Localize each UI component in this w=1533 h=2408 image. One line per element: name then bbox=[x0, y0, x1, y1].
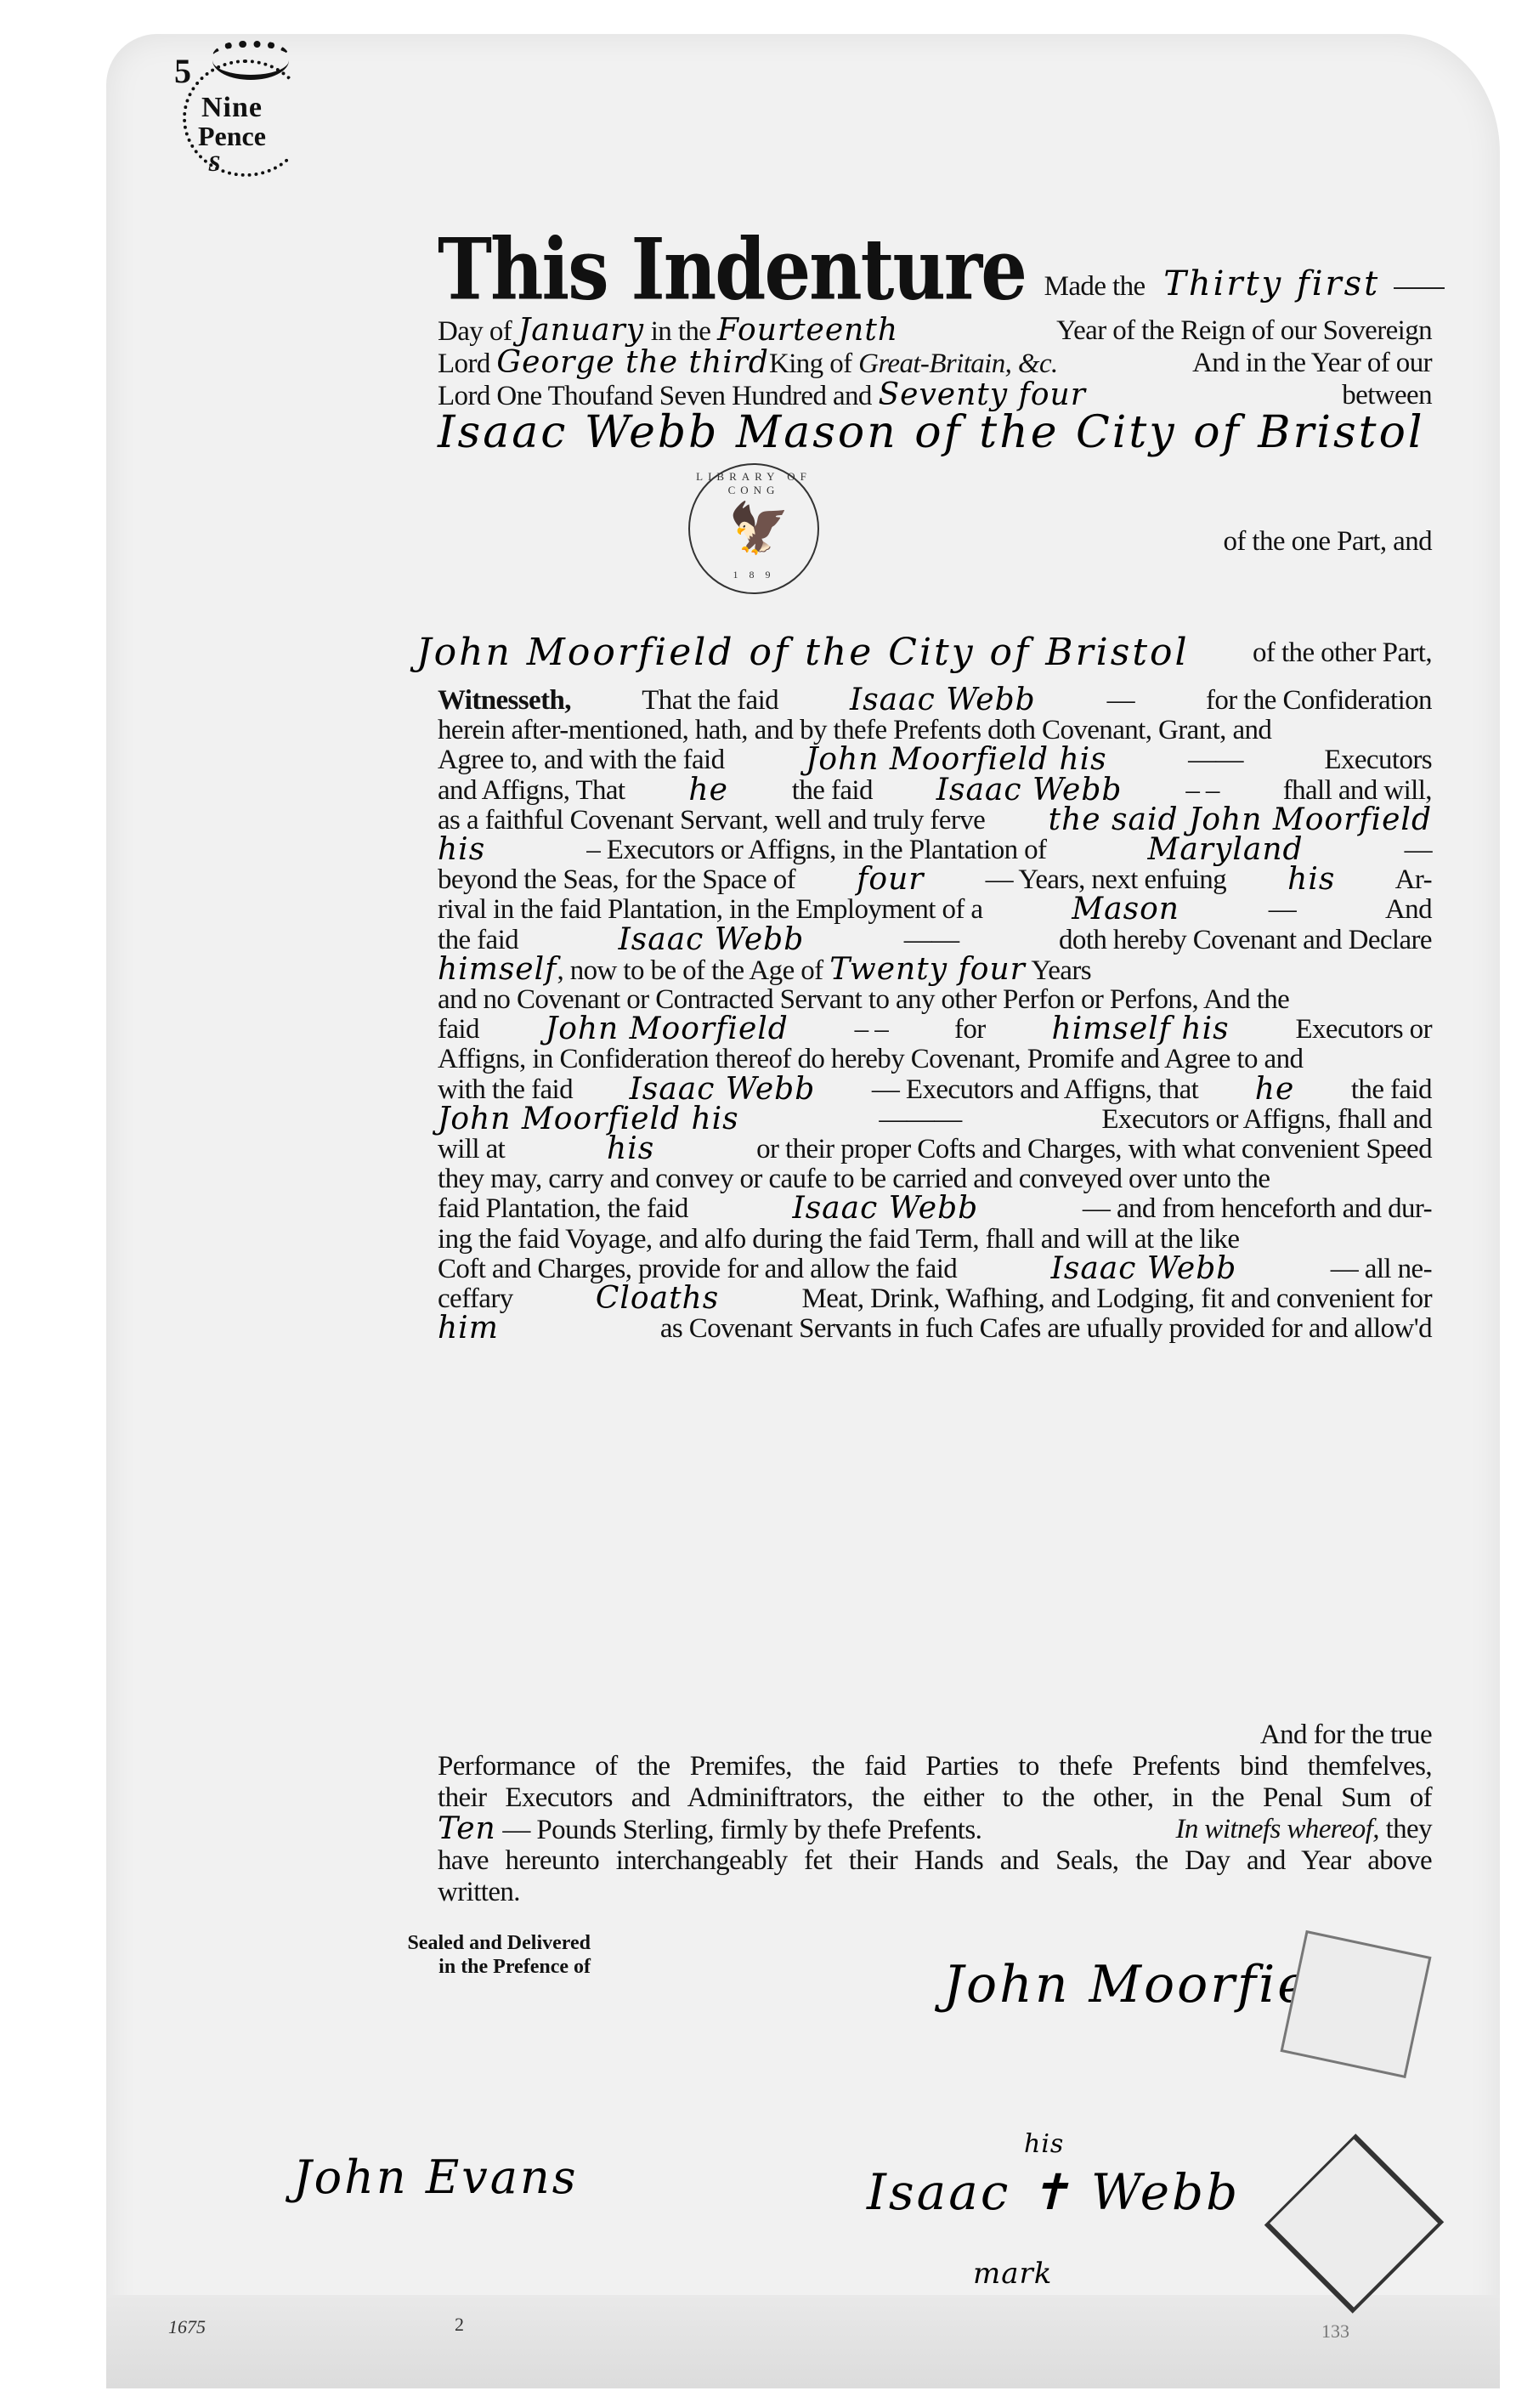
body-line: Witnesseth, That the faid Isaac Webb — f… bbox=[438, 684, 1432, 717]
printed-text: as Covenant Servants in fuch Cafes are u… bbox=[653, 1312, 1432, 1345]
sealed-line2: in the Prefence of bbox=[387, 1955, 591, 1979]
body-line: his – Executors or Affigns, in the Plant… bbox=[438, 834, 1432, 866]
webb-mark: mark bbox=[973, 2257, 1052, 2291]
closing-line4: have hereunto interchangeably fet their … bbox=[438, 1844, 1432, 1877]
printed-text: — bbox=[1262, 893, 1303, 926]
handwritten-entry: Cloaths bbox=[596, 1283, 719, 1315]
party-two-handwritten: John Moorfield of the City of Bristol bbox=[416, 629, 1190, 677]
signature-witness: John Evans bbox=[293, 2150, 579, 2204]
handwritten-entry: John Moorfield his bbox=[438, 1103, 739, 1136]
printed-text: ——— bbox=[873, 1103, 969, 1136]
printed-text: faid bbox=[438, 1013, 486, 1045]
handwritten-entry: his bbox=[438, 834, 485, 866]
tax-stamp: 5 Nine Pence S bbox=[174, 25, 302, 170]
one-part-line: of the one Part, and bbox=[438, 525, 1432, 558]
handwritten-entry: Isaac Webb bbox=[850, 684, 1036, 717]
webb-first: Isaac bbox=[867, 2163, 1010, 2221]
handwritten-entry: Isaac Webb bbox=[936, 774, 1123, 807]
body-line: and Affigns, That he the faid Isaac Webb… bbox=[438, 774, 1432, 807]
body-line: Agree to, and with the faid John Moorfie… bbox=[438, 744, 1432, 776]
date-line: Day of January in the Fourteenth Year of… bbox=[438, 314, 1432, 348]
printed-text: — and from henceforth and dur- bbox=[1076, 1193, 1432, 1225]
printed-text: for the Confideration bbox=[1206, 684, 1432, 717]
they-text: they bbox=[1386, 1814, 1432, 1844]
party-one-line: Isaac Webb Mason of the City of Bristol bbox=[438, 416, 1432, 467]
handwritten-entry: Isaac Webb bbox=[1051, 1253, 1237, 1285]
great-britain-text: Great-Britain, &c. bbox=[858, 348, 1058, 379]
handwritten-entry: Isaac Webb bbox=[630, 1074, 816, 1106]
body-line: with the faid Isaac Webb — Executors and… bbox=[438, 1074, 1432, 1106]
body-line: rival in the faid Plantation, in the Emp… bbox=[438, 893, 1432, 926]
printed-text: with the faid bbox=[438, 1074, 580, 1106]
king-line: Lord George the thirdKing of Great-Brita… bbox=[438, 347, 1432, 380]
one-part-text: of the one Part, and bbox=[1223, 526, 1432, 557]
heading-line: This Indenture Made the Thirty first bbox=[438, 228, 1432, 313]
body-line: ing the faid Voyage, and alfo during the… bbox=[438, 1223, 1432, 1255]
printed-text: doth hereby Covenant and Declare bbox=[1059, 924, 1432, 956]
made-the-text: Made the bbox=[1044, 271, 1146, 302]
handwritten-entry: Isaac Webb bbox=[792, 1193, 978, 1225]
printed-text: beyond the Seas, for the Space of bbox=[438, 864, 802, 896]
printed-text: Meat, Drink, Wafhing, and Lodging, fit a… bbox=[795, 1283, 1432, 1315]
printed-text: – Executors or Affigns, in the Plantatio… bbox=[580, 834, 1054, 866]
handwritten-entry: Maryland bbox=[1147, 834, 1303, 866]
cross-mark-icon: ✝ bbox=[1029, 2163, 1073, 2221]
body-line: faid Plantation, the faid Isaac Webb — a… bbox=[438, 1193, 1432, 1225]
handwritten-entry: himself bbox=[438, 952, 557, 987]
printed-text: fhall and will, bbox=[1283, 774, 1432, 807]
seal-square-1 bbox=[1280, 1930, 1431, 2078]
printed-text: rival in the faid Plantation, in the Emp… bbox=[438, 893, 989, 926]
body-line: himself, now to be of the Age of Twenty … bbox=[438, 954, 1432, 987]
body-line: ceffary Cloaths Meat, Drink, Wafhing, an… bbox=[438, 1283, 1432, 1315]
printed-text: Affigns, in Confideration thereof do her… bbox=[438, 1043, 1303, 1075]
printed-text: Agree to, and with the faid bbox=[438, 744, 731, 776]
footer-middle-mark: 2 bbox=[455, 2314, 464, 2336]
printed-text: faid Plantation, the faid bbox=[438, 1193, 694, 1225]
handwritten-entry: Isaac Webb bbox=[619, 924, 805, 956]
closing-lead: And for the true bbox=[438, 1719, 1432, 1751]
year-text: And in the Year of our bbox=[1192, 347, 1432, 380]
king-of-text: King of bbox=[769, 348, 852, 379]
sealed-delivered: Sealed and Delivered in the Prefence of bbox=[387, 1931, 591, 1979]
printed-text: or their proper Cofts and Charges, with … bbox=[750, 1133, 1432, 1165]
handwritten-entry: him bbox=[438, 1312, 499, 1345]
closing-line5: written. bbox=[438, 1876, 1432, 1908]
closing-line1: Performance of the Premifes, the faid Pa… bbox=[438, 1750, 1432, 1782]
body-line: him as Covenant Servants in fuch Cafes a… bbox=[438, 1312, 1432, 1345]
other-part-text: of the other Part, bbox=[1253, 629, 1432, 677]
paper-bottom-shadow bbox=[106, 2295, 1500, 2388]
handwritten-entry: four bbox=[857, 864, 924, 896]
reign-text: Year of the Reign of our Sovereign bbox=[1056, 314, 1432, 348]
handwritten-entry: he bbox=[688, 774, 728, 807]
sealed-line1: Sealed and Delivered bbox=[387, 1931, 591, 1955]
footer-right-number: 133 bbox=[1321, 2320, 1349, 2343]
printed-text: the faid bbox=[785, 774, 879, 807]
webb-name-row: Isaac ✝ Webb bbox=[867, 2163, 1240, 2221]
printed-text: as a faithful Covenant Servant, well and… bbox=[438, 804, 992, 836]
regnal-year-handwritten: Fourteenth bbox=[717, 313, 898, 348]
in-witness-text: In witnefs whereof, bbox=[1175, 1814, 1378, 1844]
body-line: beyond the Seas, for the Space of four —… bbox=[438, 864, 1432, 896]
dash bbox=[1394, 287, 1445, 289]
handwritten-entry: John Moorfield his bbox=[806, 744, 1107, 776]
printed-text: Witnesseth, bbox=[438, 684, 571, 717]
party-one-handwritten: Isaac Webb Mason of the City of Bristol bbox=[438, 407, 1425, 458]
closing-line2: their Executors and Adminiftrators, the … bbox=[438, 1782, 1432, 1814]
day-handwritten: Thirty first bbox=[1163, 264, 1380, 303]
handwritten-entry: Twenty four bbox=[829, 952, 1026, 987]
printed-text: — all ne- bbox=[1324, 1253, 1432, 1285]
closing-line3: Ten — Pounds Sterling, firmly by thefe P… bbox=[438, 1813, 1432, 1846]
stamp-line2: Pence bbox=[198, 121, 266, 152]
printed-text: That the faid bbox=[636, 684, 785, 717]
printed-text: — bbox=[1398, 834, 1432, 866]
handwritten-entry: his bbox=[607, 1133, 654, 1165]
printed-text: and Affigns, That bbox=[438, 774, 631, 807]
penal-sum-handwritten: Ten bbox=[438, 1811, 496, 1846]
pounds-sterling-text: Pounds Sterling, firmly by thefe Prefent… bbox=[536, 1815, 981, 1845]
webb-last: Webb bbox=[1091, 2163, 1240, 2221]
stamp-line1: Nine bbox=[201, 92, 263, 124]
handwritten-entry: John Moorfield bbox=[546, 1013, 789, 1045]
seal-text-top: LIBRARY OF CONG bbox=[690, 470, 817, 497]
body-line: Coft and Charges, provide for and allow … bbox=[438, 1253, 1432, 1285]
printed-text: —— bbox=[1181, 744, 1249, 776]
handwritten-entry: his bbox=[1287, 864, 1335, 896]
footer-left-number: 1675 bbox=[168, 2316, 206, 2338]
lord-text: Lord bbox=[438, 348, 490, 379]
printed-text: for bbox=[954, 1013, 992, 1045]
printed-text: Years bbox=[1026, 955, 1091, 986]
printed-text: the faid bbox=[1344, 1074, 1432, 1106]
month-handwritten: January bbox=[518, 313, 644, 348]
body-line: Affigns, in Confideration thereof do her… bbox=[438, 1043, 1432, 1075]
printed-text: Ar- bbox=[1390, 864, 1432, 896]
closing-lead-text: And for the true bbox=[1260, 1720, 1432, 1750]
printed-text: Executors or Affigns, fhall and bbox=[1101, 1103, 1432, 1136]
seal-text-bottom: 1 8 9 bbox=[690, 569, 817, 581]
body-line: will at his or their proper Cofts and Ch… bbox=[438, 1133, 1432, 1165]
in-the-text: in the bbox=[651, 316, 711, 347]
stamp-number: 5 bbox=[174, 51, 191, 91]
body-line: John Moorfield his ——— Executors or Affi… bbox=[438, 1103, 1432, 1136]
king-handwritten: George the third bbox=[496, 345, 769, 380]
printed-text: Executors or bbox=[1289, 1013, 1432, 1045]
handwritten-entry: Mason bbox=[1072, 893, 1179, 926]
day-of-text: Day of bbox=[438, 316, 512, 347]
body-line: faid John Moorfield – – for himself his … bbox=[438, 1013, 1432, 1045]
handwritten-entry: he bbox=[1255, 1074, 1295, 1106]
printed-text: will at bbox=[438, 1133, 512, 1165]
printed-text: — bbox=[1100, 684, 1141, 717]
printed-text: And bbox=[1385, 893, 1432, 926]
printed-text: — Executors and Affigns, that bbox=[865, 1074, 1205, 1106]
stamp-line3: S bbox=[208, 151, 220, 177]
webb-his: his bbox=[1024, 2129, 1064, 2159]
printed-text: , now to be of the Age of bbox=[557, 955, 829, 986]
printed-text: – – bbox=[1179, 774, 1226, 807]
document-title: This Indenture bbox=[438, 222, 1026, 320]
printed-text: ing the faid Voyage, and alfo during the… bbox=[438, 1223, 1239, 1255]
printed-text: – – bbox=[848, 1013, 895, 1045]
party-two-line: John Moorfield of the City of Bristol of… bbox=[416, 629, 1432, 677]
printed-text: Executors bbox=[1324, 744, 1432, 776]
handwritten-entry: himself his bbox=[1052, 1013, 1230, 1045]
